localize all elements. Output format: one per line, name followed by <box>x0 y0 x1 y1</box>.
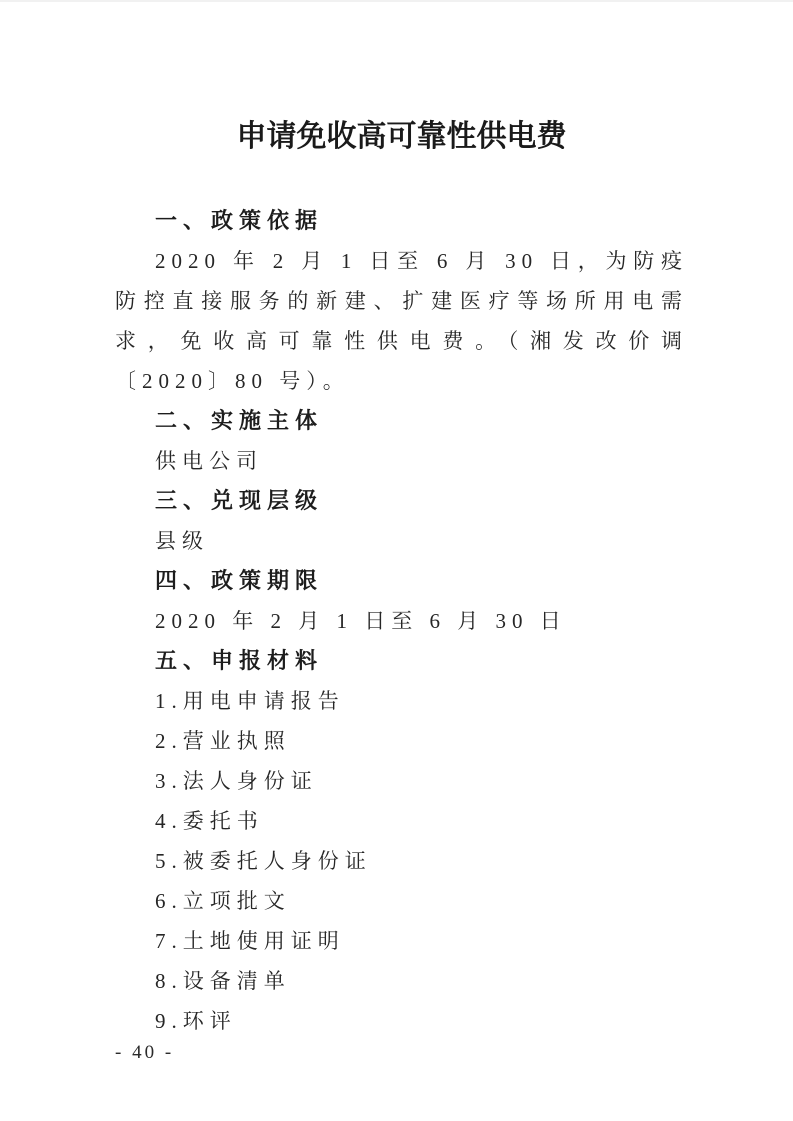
list-item: 2.营业执照 <box>115 721 688 761</box>
section-heading-application-materials: 五、申报材料 <box>115 641 688 681</box>
section-body-policy-period: 2020 年 2 月 1 日至 6 月 30 日 <box>115 601 688 641</box>
list-item: 3.法人身份证 <box>115 761 688 801</box>
section-body-policy-basis: 2020 年 2 月 1 日至 6 月 30 日，为防疫防控直接服务的新建、扩建… <box>115 241 688 401</box>
section-heading-policy-basis: 一、政策依据 <box>115 201 688 241</box>
document-page: 申请免收高可靠性供电费 一、政策依据 2020 年 2 月 1 日至 6 月 3… <box>0 0 793 1121</box>
section-heading-policy-period: 四、政策期限 <box>115 561 688 601</box>
list-item: 8.设备清单 <box>115 961 688 1001</box>
page-number: - 40 - <box>115 1040 174 1066</box>
section-heading-implementing-entity: 二、实施主体 <box>115 401 688 441</box>
section-body-fulfillment-level: 县级 <box>115 521 688 561</box>
list-item: 7.土地使用证明 <box>115 921 688 961</box>
document-title: 申请免收高可靠性供电费 <box>115 2 688 159</box>
list-item: 6.立项批文 <box>115 881 688 921</box>
list-item: 1.用电申请报告 <box>115 681 688 721</box>
list-item: 5.被委托人身份证 <box>115 841 688 881</box>
section-heading-fulfillment-level: 三、兑现层级 <box>115 481 688 521</box>
list-item: 9.环评 <box>115 1001 688 1041</box>
list-item: 4.委托书 <box>115 801 688 841</box>
document-body: 申请免收高可靠性供电费 一、政策依据 2020 年 2 月 1 日至 6 月 3… <box>115 2 688 1041</box>
section-body-implementing-entity: 供电公司 <box>115 441 688 481</box>
